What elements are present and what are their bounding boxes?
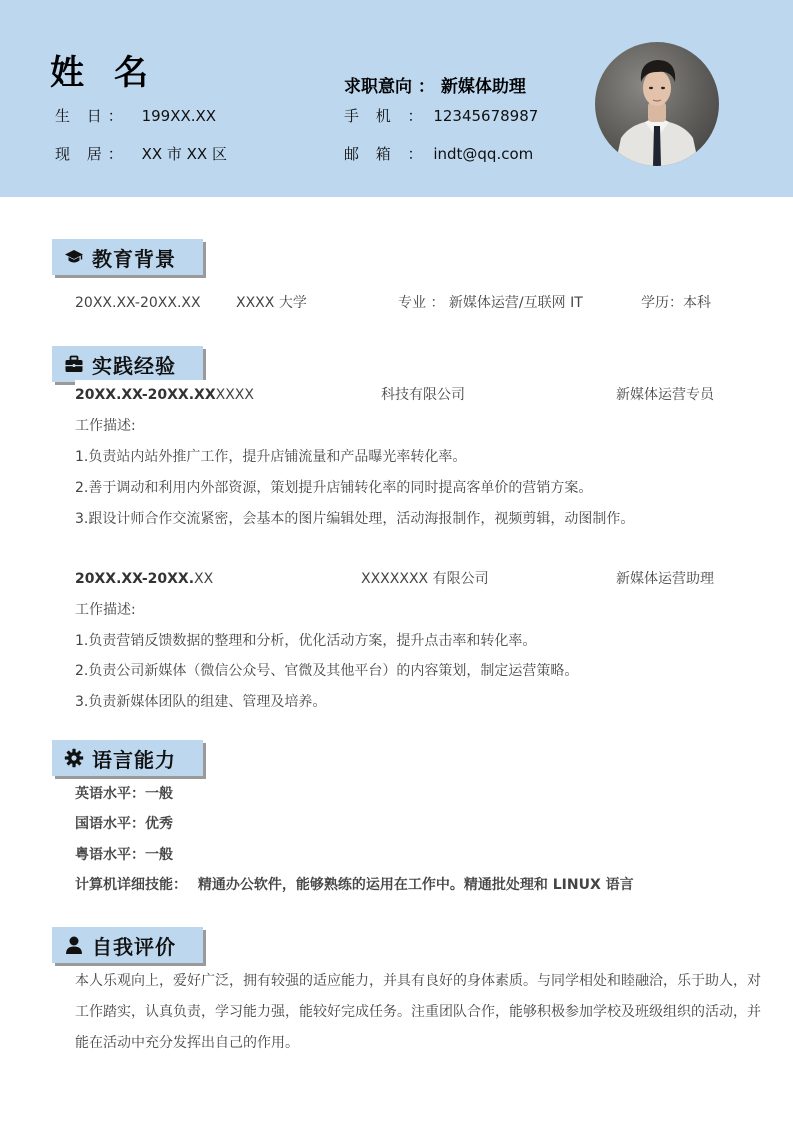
phone-row: 手 机 ： 12345678987 — [344, 109, 538, 124]
job-1-position: 新媒体运营专员 — [616, 388, 714, 402]
job-1-period: 20XX.XX-20XX.XXXXXX — [75, 388, 254, 402]
user-icon — [64, 935, 84, 955]
job-2-item-3: 3.负责新媒体团队的组建、管理及培养。 — [75, 695, 326, 709]
self-eval-text: 本人乐观向上，爱好广泛，拥有较强的适应能力，并具有良好的身体素质。与同学相处和睦… — [75, 966, 765, 1059]
job-intent-value: 新媒体助理 — [441, 77, 526, 97]
birthday-row: 生 日： 199XX.XX — [55, 109, 216, 124]
birthday-label: 生 日： — [55, 107, 129, 125]
job-2-desc-label: 工作描述: — [75, 603, 136, 617]
job-2-period: 20XX.XX-20XX.XX — [75, 572, 213, 586]
job-2-period-suffix: XX — [194, 571, 213, 587]
email-label: 邮 箱 ： — [344, 145, 429, 163]
residence-label: 现 居： — [55, 145, 129, 163]
briefcase-icon — [64, 354, 84, 374]
job-2-company: XXXXXXX 有限公司 — [361, 572, 489, 586]
email-row: 邮 箱 ： indt@qq.com — [344, 147, 533, 162]
graduation-cap-icon — [64, 247, 84, 267]
job-1-company: 科技有限公司 — [381, 388, 465, 402]
job-intent-label: 求职意向 ： — [344, 77, 435, 97]
computer-skills-label: 计算机详细技能： — [75, 877, 187, 893]
residence-row: 现 居： XX 市 XX 区 — [55, 147, 227, 162]
education-degree: 学历：本科 — [641, 296, 711, 310]
residence-value: XX 市 XX 区 — [142, 145, 227, 163]
education-major: 专业 ： 新媒体运营/互联网 IT — [398, 296, 583, 310]
header-banner: 姓名 生 日： 199XX.XX 现 居： XX 市 XX 区 求职意向 ： 新… — [0, 0, 793, 197]
section-self-eval-title: 自我评价 — [92, 931, 176, 960]
education-period: 20XX.XX-20XX.XX — [75, 296, 201, 310]
job-2-period-dates: 20XX.XX-20XX. — [75, 571, 194, 587]
job-1-item-1: 1.负责站内站外推广工作，提升店铺流量和产品曝光率转化率。 — [75, 450, 466, 464]
section-experience-title: 实践经验 — [92, 350, 176, 379]
section-education-header: 教育背景 — [52, 239, 203, 275]
phone-value: 12345678987 — [433, 107, 538, 125]
job-intent-row: 求职意向 ： 新媒体助理 — [344, 72, 526, 97]
section-language-title: 语言能力 — [92, 744, 176, 773]
candidate-name: 姓名 — [50, 56, 178, 90]
computer-skills-row: 计算机详细技能： 精通办公软件，能够熟练的运用在工作中。精通批处理和 LINUX… — [75, 878, 634, 892]
computer-skills-value: 精通办公软件，能够熟练的运用在工作中。精通批处理和 LINUX 语言 — [198, 877, 634, 893]
gear-icon — [64, 748, 84, 768]
section-experience-header: 实践经验 — [52, 346, 203, 382]
portrait-illustration — [595, 42, 719, 166]
section-education-title: 教育背景 — [92, 243, 176, 272]
job-1-desc-label: 工作描述: — [75, 419, 136, 433]
section-language-header: 语言能力 — [52, 740, 203, 776]
job-1-item-2: 2.善于调动和利用内外部资源，策划提升店铺转化率的同时提高客单价的营销方案。 — [75, 481, 592, 495]
job-2-position: 新媒体运营助理 — [616, 572, 714, 586]
language-cantonese: 粤语水平：一般 — [75, 848, 173, 862]
portrait-photo — [595, 42, 719, 166]
job-1-period-dates: 20XX.XX-20XX.XX — [75, 387, 216, 403]
birthday-value: 199XX.XX — [142, 107, 217, 125]
education-school: XXXX 大学 — [236, 296, 307, 310]
email-value: indt@qq.com — [433, 145, 533, 163]
language-english: 英语水平：一般 — [75, 787, 173, 801]
phone-label: 手 机 ： — [344, 107, 429, 125]
job-1-item-3: 3.跟设计师合作交流紧密，会基本的图片编辑处理，活动海报制作，视频剪辑，动图制作… — [75, 512, 634, 526]
language-mandarin: 国语水平：优秀 — [75, 817, 173, 831]
job-2-item-1: 1.负责营销反馈数据的整理和分析，优化活动方案，提升点击率和转化率。 — [75, 634, 536, 648]
section-self-eval-header: 自我评价 — [52, 927, 203, 963]
job-1-period-suffix: XXXX — [216, 387, 254, 403]
job-2-item-2: 2.负责公司新媒体（微信公众号、官微及其他平台）的内容策划，制定运营策略。 — [75, 664, 578, 678]
